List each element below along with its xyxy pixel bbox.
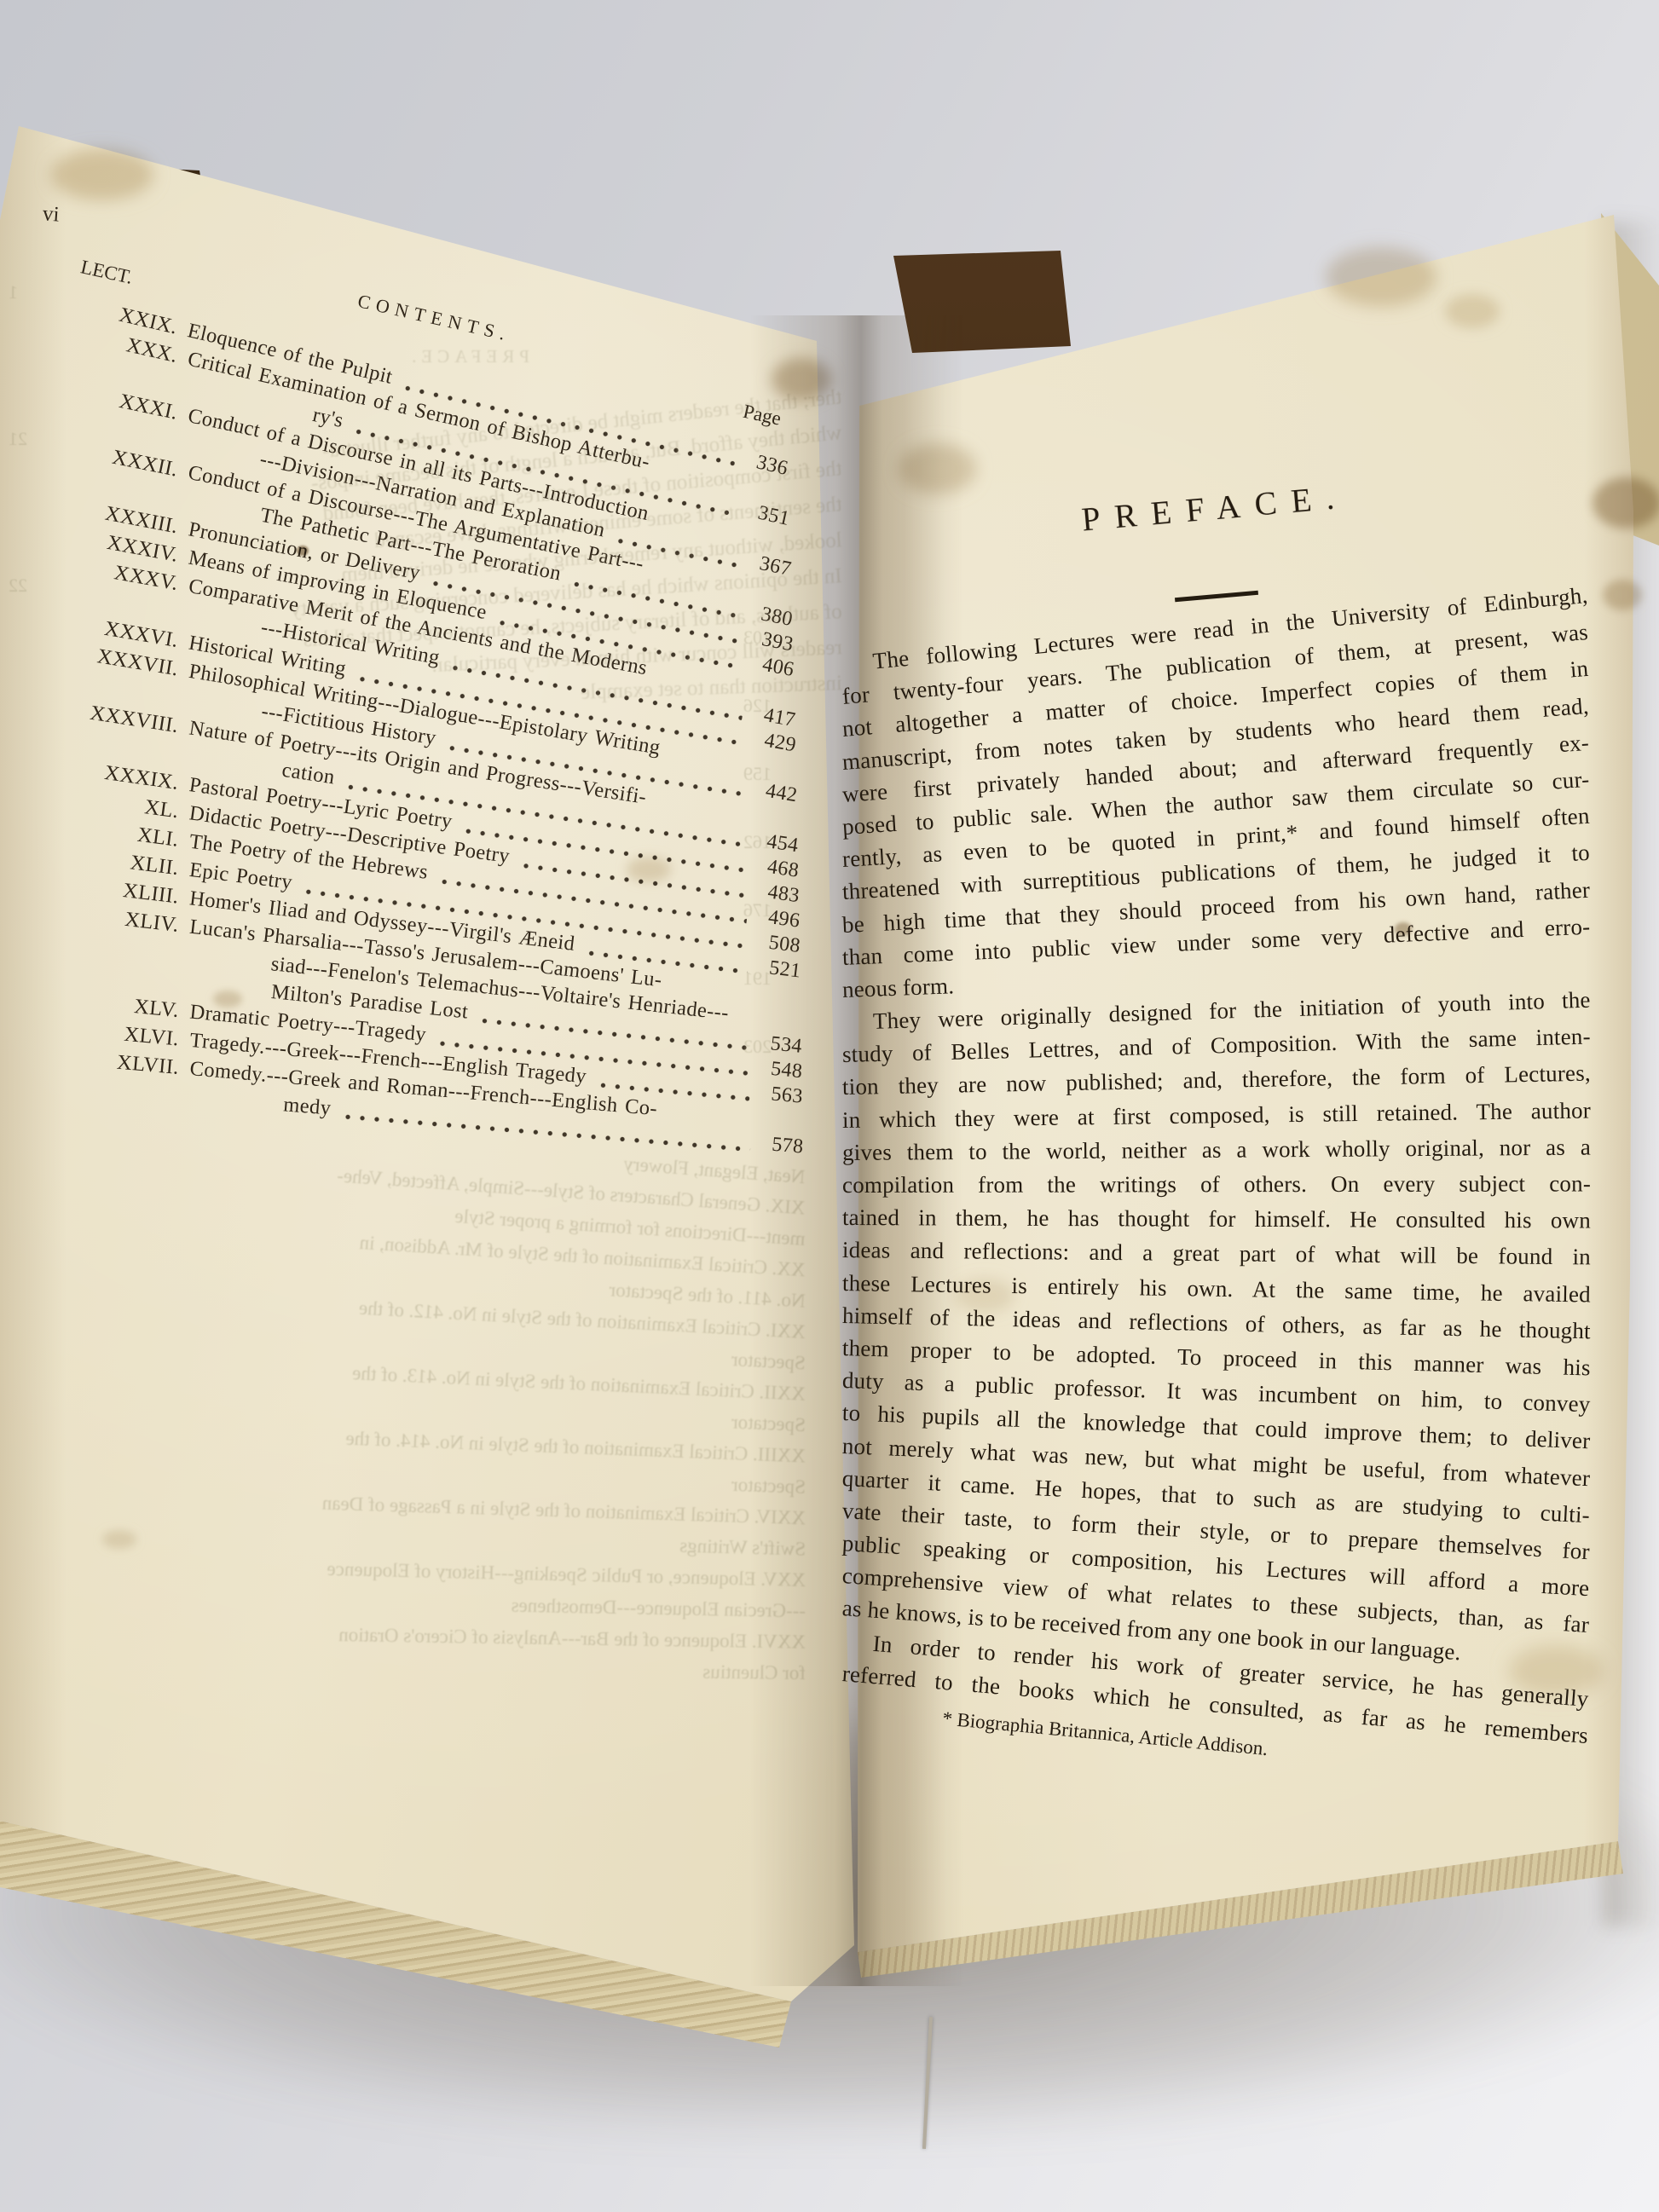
bleedthrough-margin-number: 1: [9, 281, 18, 303]
lecture-number: [81, 979, 189, 990]
bleedthrough-margin-number: 162: [743, 831, 772, 853]
entry-page-number: 563: [758, 1082, 804, 1109]
bleedthrough-margin-number: 159: [743, 763, 772, 785]
bleedthrough-margin-number: 176: [743, 899, 772, 921]
folio-number: vi: [42, 202, 60, 227]
preface-paragraphs: The following Lectures were read in the …: [842, 648, 1591, 1689]
photo-of-open-book: vi CONTENTS. LECT. Page XXIX.Eloquence o…: [0, 0, 1659, 2212]
preface-line: compilation from the writings of others.…: [842, 1167, 1591, 1201]
preface-line: ideas and reflections: and a great part …: [842, 1233, 1591, 1273]
bleedthrough-running-head: PREFACE.: [94, 346, 842, 385]
lecture-number: [81, 1094, 190, 1103]
preface-page-text: PREFACE. ther; that the readers might be…: [842, 341, 1591, 1720]
preface-line: tained in them, he has thought for himse…: [842, 1201, 1591, 1237]
lecture-number: [81, 950, 189, 962]
preface-line: gives them to the world, neither as a wo…: [842, 1130, 1591, 1169]
bleedthrough-margin-number: 21: [9, 428, 27, 450]
bleedthrough-text-left: Neat, Elegant, FloweryXIX. General Chara…: [81, 1140, 806, 1690]
entry-page-number: 548: [757, 1056, 803, 1083]
bleedthrough-margin-number: 126: [743, 695, 772, 717]
bleedthrough-margin-number: 22: [9, 575, 27, 597]
bleedthrough-margin-number: 191: [743, 967, 772, 990]
bleedthrough-margin-number: 103: [743, 627, 772, 649]
bleedthrough-margin-number: 203: [743, 1036, 772, 1058]
